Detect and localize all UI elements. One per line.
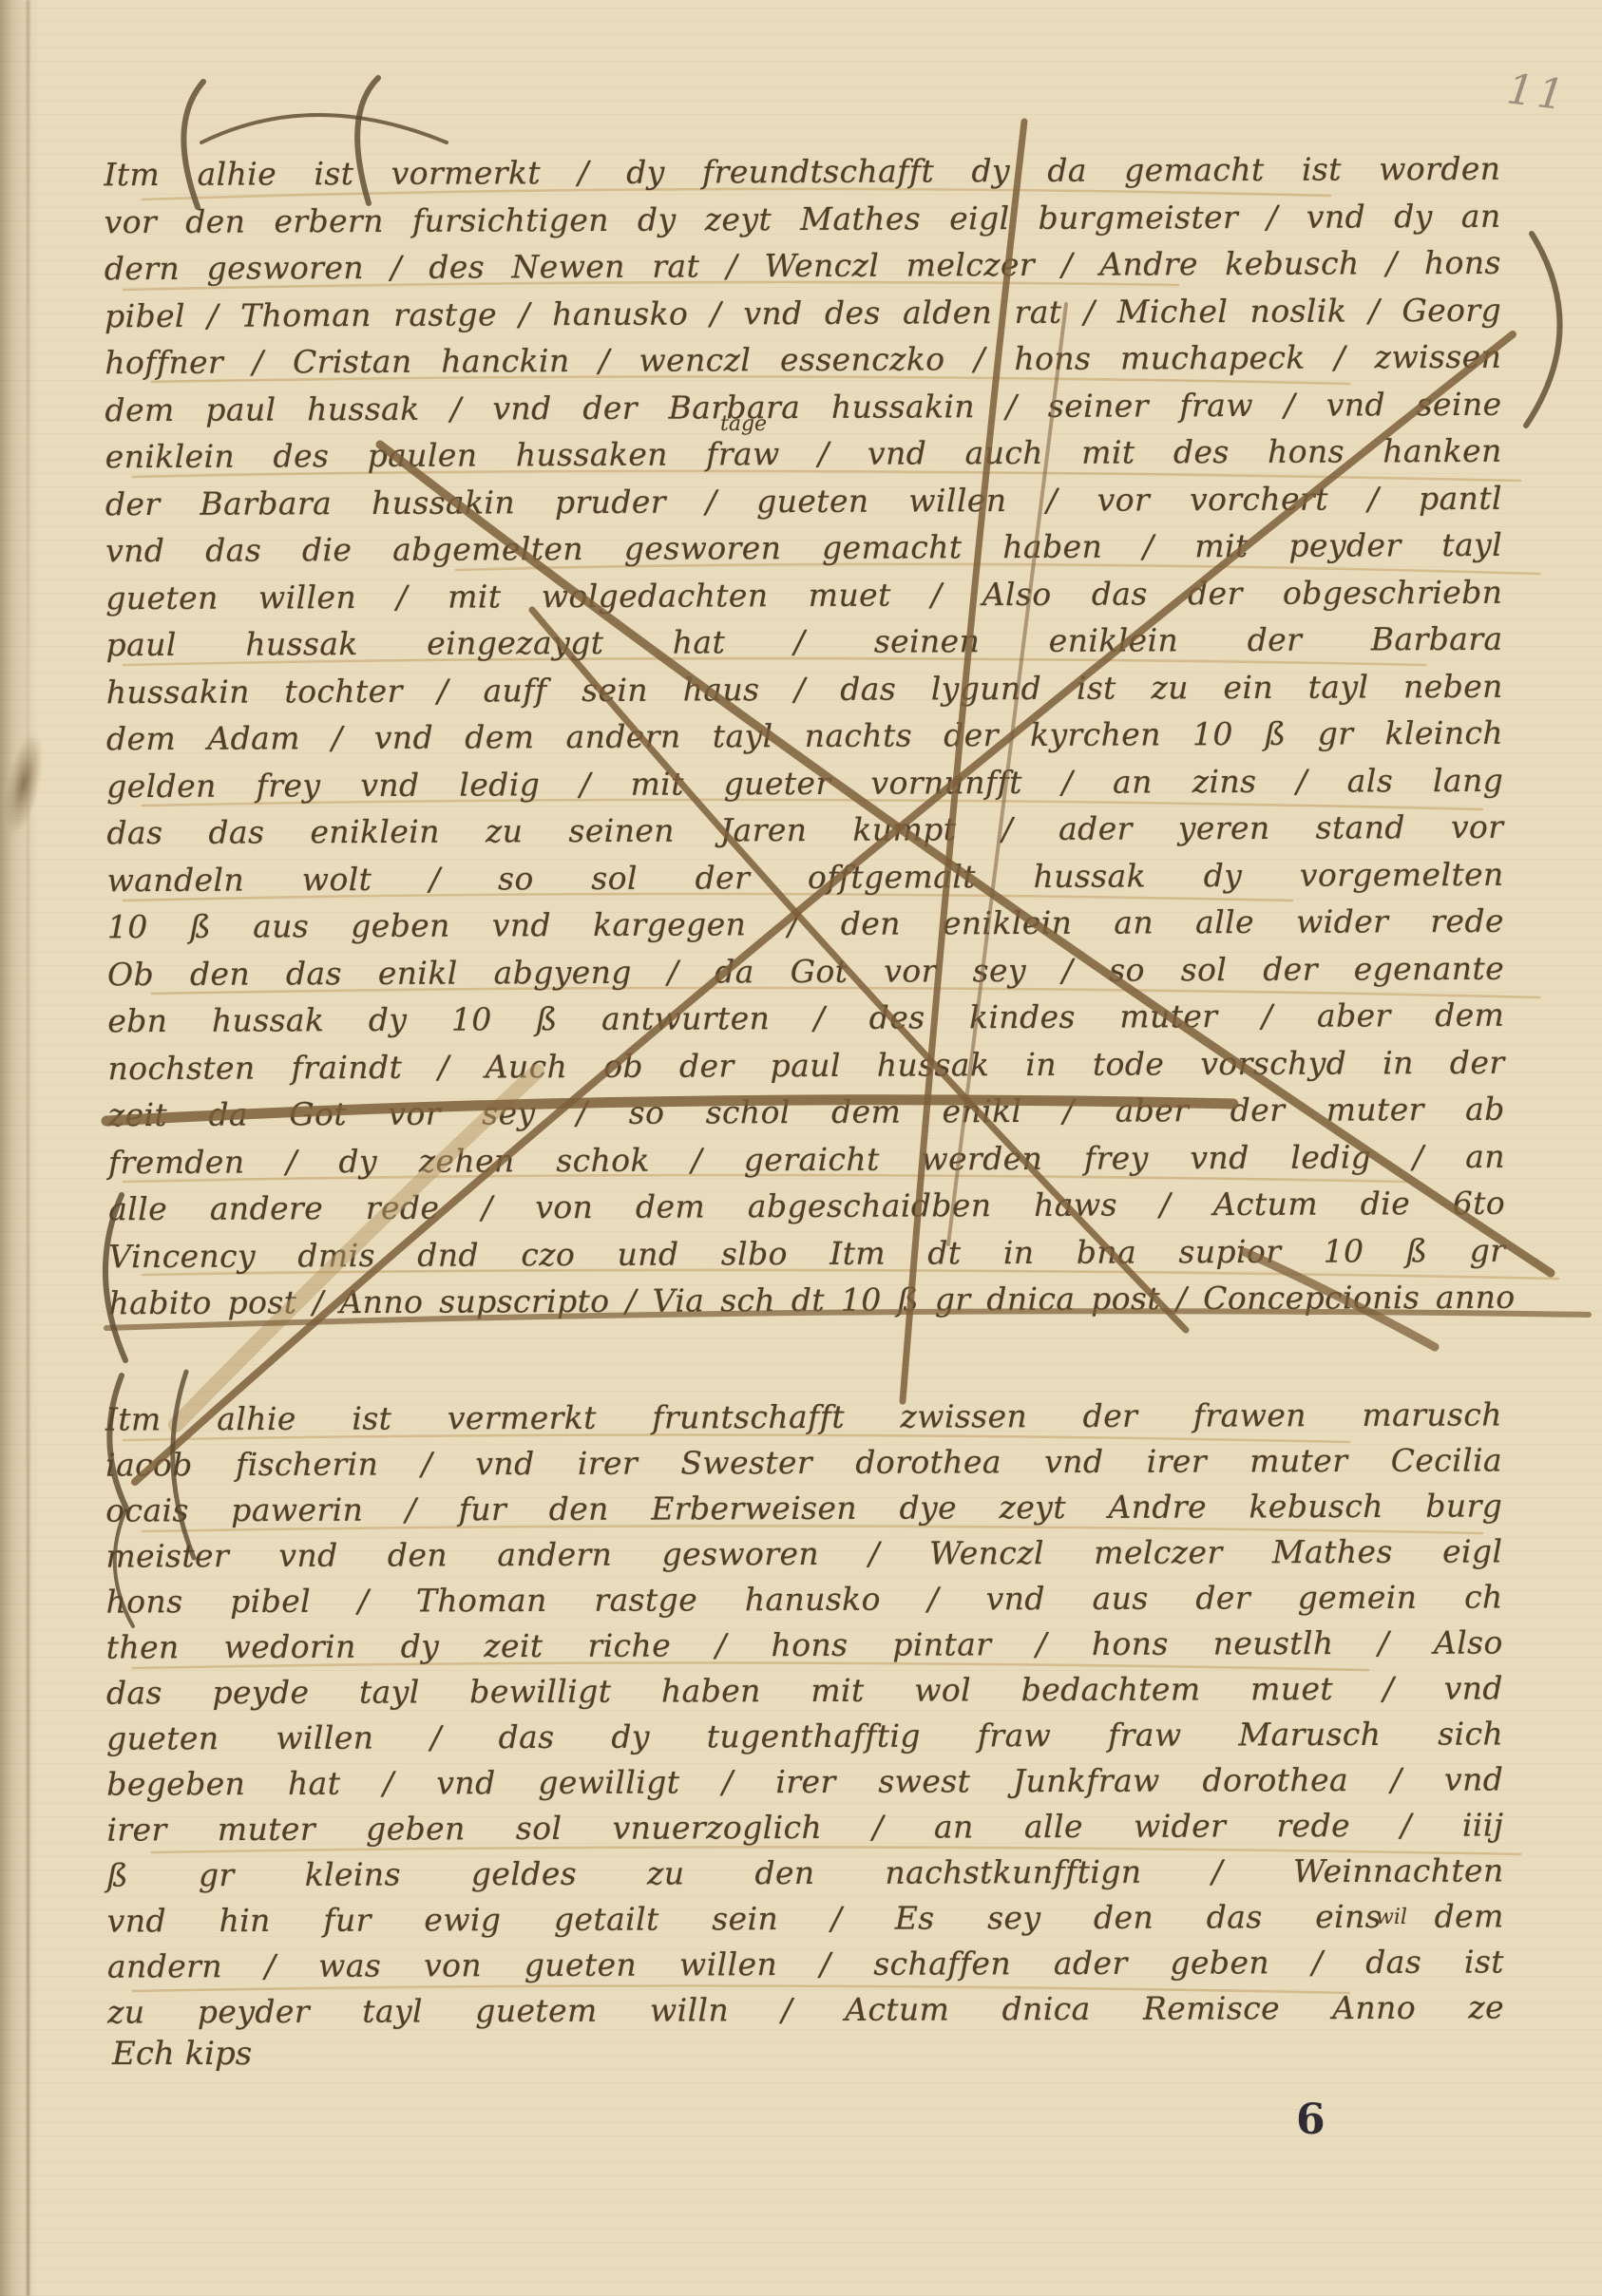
right-margin-paren — [1526, 234, 1560, 426]
entry-2-text: Itm alhie ist vermerkt fruntschafft zwis… — [105, 1392, 1504, 2035]
manuscript-line: eniklein des paulen hussaken fraw / vnd … — [105, 427, 1502, 481]
folio-number: 11 — [1504, 65, 1571, 120]
manuscript-line: hons pibel / Thoman rastge hanusko / vnd… — [106, 1574, 1503, 1624]
manuscript-line: das peyde tayl bewilligt haben mit wol b… — [106, 1665, 1503, 1716]
page-stamp-number: 6 — [1296, 2096, 1325, 2144]
ascender-flourish — [201, 115, 447, 142]
manuscript-line: Vincency dmis dnd czo und slbo Itm dt in… — [108, 1226, 1505, 1280]
manuscript-line: ebn hussak dy 10 ß antwurten / des kinde… — [107, 992, 1504, 1045]
entry-2-closing-note: Ech kips — [112, 2035, 397, 2073]
manuscript-line: hoffner / Cristan hanckin / wenczl essen… — [105, 333, 1501, 387]
manuscript-line: ocais pawerin / fur den Erberweisen dye … — [105, 1483, 1502, 1533]
manuscript-line: habito post / Anno supscripto / Via sch … — [108, 1274, 1505, 1327]
manuscript-line: vnd das die abgemelten gesworen gemacht … — [105, 522, 1502, 575]
manuscript-line: gueten willen / das dy tugenthafftig fra… — [106, 1711, 1503, 1761]
manuscript-line: 10 ß aus geben vnd kargegen / den enikle… — [107, 898, 1504, 951]
manuscript-line: der Barbara hussakin pruder / gueten wil… — [105, 474, 1502, 527]
manuscript-line: paul hussak eingezaygt hat / seinen enik… — [105, 616, 1502, 669]
manuscript-line: dem paul hussak / vnd der Barbara hussak… — [105, 380, 1501, 433]
manuscript-line: Itm alhie ist vormerkt / dy freundtschaf… — [104, 145, 1500, 199]
interlinear-insertion-tage: tage — [720, 412, 767, 436]
manuscript-line: zeit da Got vor sey / so schol dem enikl… — [108, 1086, 1505, 1139]
page-gutter-edge — [0, 0, 38, 2296]
manuscript-line: vor den erbern fursichtigen dy zeyt Math… — [105, 192, 1501, 245]
manuscript-line: iacob fischerin / vnd irer Swester dorot… — [105, 1437, 1502, 1488]
entry-1-text: Itm alhie ist vormerkt / dy freundtschaf… — [104, 145, 1505, 1327]
manuscript-line: andern / was von gueten willen / schaffe… — [107, 1939, 1504, 1989]
manuscript-line: Ob den das enikl abgyeng / da Got vor se… — [107, 944, 1504, 997]
manuscript-page: 11 Itm alhie ist vormerkt / dy freundtsc… — [0, 0, 1602, 2296]
manuscript-line: vnd hin fur ewig getailt sein / Es sey d… — [107, 1893, 1504, 1944]
manuscript-line: das das eniklein zu seinen Jaren kumpt /… — [106, 804, 1503, 857]
manuscript-line: Itm alhie ist vermerkt fruntschafft zwis… — [105, 1392, 1502, 1442]
manuscript-line: begeben hat / vnd gewilligt / irer swest… — [106, 1756, 1503, 1807]
manuscript-line: then wedorin dy zeit riche / hons pintar… — [106, 1620, 1503, 1670]
manuscript-line: meister vnd den andern gesworen / Wenczl… — [105, 1528, 1502, 1579]
manuscript-line: zu peyder tayl guetem willn / Actum dnic… — [107, 1984, 1504, 2035]
manuscript-line: ß gr kleins geldes zu den nachstkunfftig… — [107, 1848, 1504, 1898]
manuscript-line: gelden frey vnd ledig / mit gueter vornu… — [106, 756, 1503, 809]
manuscript-line: irer muter geben sol vnuerzoglich / an a… — [106, 1802, 1503, 1852]
superscript-insertion-wil: wil — [1376, 1906, 1407, 1929]
manuscript-line: wandeln wolt / so sol der offtgemalt hus… — [107, 850, 1504, 903]
manuscript-line: pibel / Thoman rastge / hanusko / vnd de… — [105, 286, 1501, 339]
manuscript-line: alle andere rede / von dem abgeschaidben… — [108, 1180, 1505, 1233]
manuscript-line: fremden / dy zehen schok / geraicht werd… — [108, 1132, 1505, 1186]
manuscript-line: gueten willen / mit wolgedachten muet / … — [105, 568, 1502, 621]
gutter-crease — [27, 0, 29, 2296]
manuscript-line: nochsten fraindt / Auch ob der paul huss… — [107, 1038, 1504, 1091]
manuscript-line: hussakin tochter / auff sein haus / das … — [106, 662, 1503, 715]
manuscript-line: dem Adam / vnd dem andern tayl nachts de… — [106, 710, 1503, 763]
manuscript-line: dern gesworen / des Newen rat / Wenczl m… — [105, 239, 1501, 293]
